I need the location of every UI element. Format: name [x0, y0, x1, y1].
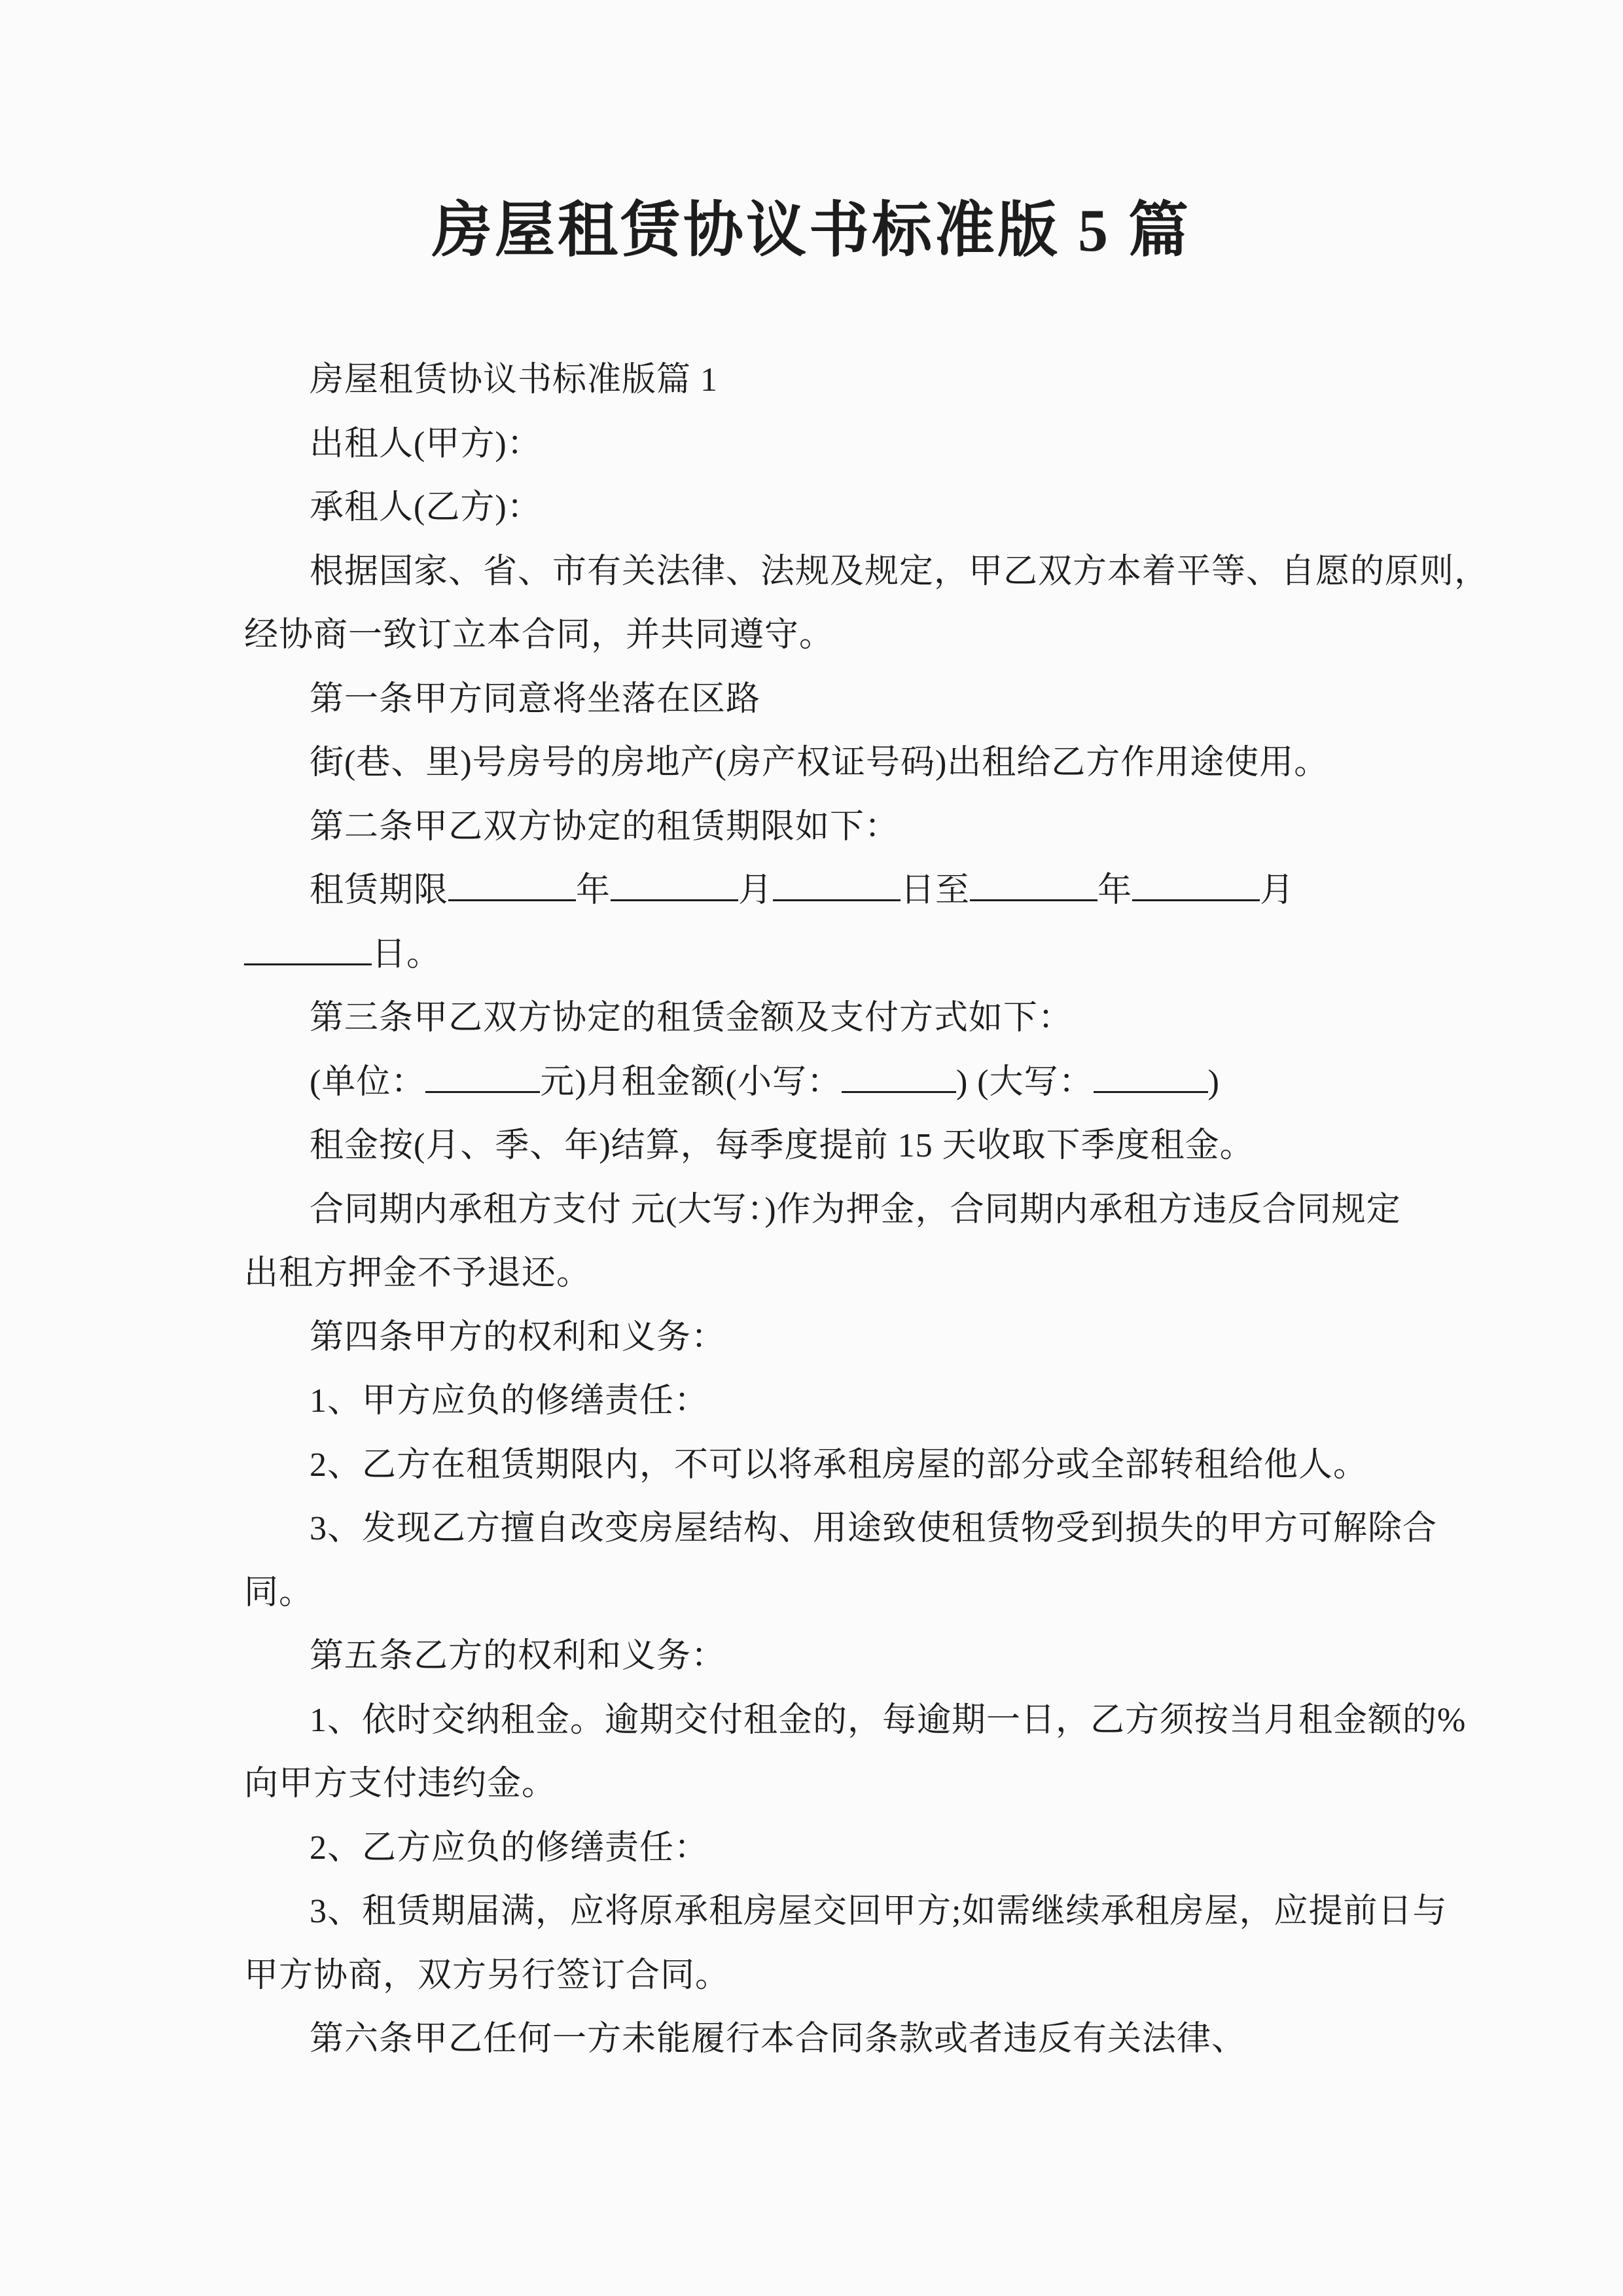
document-body: 房屋租赁协议书标准版篇 1出租人(甲方)：承租人(乙方)：根据国家、省、市有关法… — [0, 348, 1623, 2072]
doc-text: 租金按(月、季、年)结算，每季度提前 15 天收取下季度租金。 — [310, 1127, 1255, 1164]
doc-line: 租金按(月、季、年)结算，每季度提前 15 天收取下季度租金。 — [0, 1114, 1623, 1178]
doc-line: 同。 — [0, 1561, 1623, 1625]
blank-underline — [448, 864, 576, 901]
doc-text: 2、乙方在租赁期限内，不可以将承租房屋的部分或全部转租给他人。 — [310, 1446, 1368, 1484]
doc-text: 第三条甲乙双方协定的租赁金额及支付方式如下： — [310, 999, 1073, 1037]
doc-text: 租赁期限 — [310, 872, 448, 909]
doc-line: 房屋租赁协议书标准版篇 1 — [0, 348, 1623, 412]
doc-text: 日至 — [901, 872, 970, 909]
doc-text: 第五条乙方的权利和义务： — [310, 1638, 726, 1675]
doc-line: 3、发现乙方擅自改变房屋结构、用途致使租赁物受到损失的甲方可解除合 — [0, 1497, 1623, 1561]
doc-text: (单位： — [310, 1064, 425, 1101]
doc-line: 第三条甲乙双方协定的租赁金额及支付方式如下： — [0, 986, 1623, 1050]
doc-line: 第六条甲乙任何一方未能履行本合同条款或者违反有关法律、 — [0, 2007, 1623, 2072]
doc-text: 第四条甲方的权利和义务： — [310, 1319, 726, 1356]
doc-line: 第二条甲乙双方协定的租赁期限如下： — [0, 795, 1623, 859]
doc-text: 甲方协商，双方另行签订合同。 — [244, 1957, 730, 1994]
doc-line: 向甲方支付违约金。 — [0, 1752, 1623, 1816]
doc-text: ) — [1208, 1064, 1220, 1101]
blank-underline — [1132, 864, 1260, 901]
doc-text: 元)月租金额(小写： — [540, 1064, 842, 1101]
doc-text: 年 — [576, 872, 611, 909]
doc-text: 出租方押金不予退还。 — [244, 1255, 591, 1292]
doc-line: 街(巷、里)号房号的房地产(房产权证号码)出租给乙方作用途使用。 — [0, 731, 1623, 795]
doc-line: 甲方协商，双方另行签订合同。 — [0, 1944, 1623, 2008]
doc-line: 第一条甲方同意将坐落在区路 — [0, 668, 1623, 732]
doc-line: 日。 — [0, 923, 1623, 987]
doc-text: 街(巷、里)号房号的房地产(房产权证号码)出租给乙方作用途使用。 — [310, 744, 1329, 781]
doc-text: 年 — [1097, 872, 1132, 909]
doc-text: 月 — [738, 872, 773, 909]
doc-text: 向甲方支付违约金。 — [244, 1765, 556, 1803]
doc-text: 房屋租赁协议书标准版篇 1 — [310, 361, 718, 399]
doc-text: 经协商一致订立本合同，并共同遵守。 — [244, 617, 834, 654]
doc-text: ) (大写： — [956, 1064, 1094, 1101]
doc-line: 承租人(乙方)： — [0, 476, 1623, 540]
doc-line: 1、甲方应负的修缮责任： — [0, 1369, 1623, 1433]
doc-text: 3、发现乙方擅自改变房屋结构、用途致使租赁物受到损失的甲方可解除合 — [310, 1510, 1437, 1547]
doc-text: 第二条甲乙双方协定的租赁期限如下： — [310, 808, 899, 846]
blank-underline — [611, 864, 738, 901]
doc-line: 合同期内承租方支付 元(大写：)作为押金，合同期内承租方违反合同规定 — [0, 1178, 1623, 1242]
blank-underline — [842, 1056, 956, 1093]
doc-text: 2、乙方应负的修缮责任： — [310, 1829, 709, 1867]
doc-line: 2、乙方在租赁期限内，不可以将承租房屋的部分或全部转租给他人。 — [0, 1433, 1623, 1498]
blank-underline — [425, 1056, 540, 1093]
doc-line: 第四条甲方的权利和义务： — [0, 1306, 1623, 1370]
doc-text: 月 — [1260, 872, 1294, 909]
doc-line: 2、乙方应负的修缮责任： — [0, 1816, 1623, 1880]
doc-text: 第六条甲乙任何一方未能履行本合同条款或者违反有关法律、 — [310, 2020, 1246, 2058]
doc-line: 根据国家、省、市有关法律、法规及规定，甲乙双方本着平等、自愿的原则， — [0, 540, 1623, 604]
doc-line: 经协商一致订立本合同，并共同遵守。 — [0, 603, 1623, 668]
doc-text: 3、租赁期届满，应将原承租房屋交回甲方;如需继续承租房屋，应提前日与 — [310, 1893, 1447, 1930]
doc-text: 承租人(乙方)： — [310, 489, 542, 526]
doc-text: 第一条甲方同意将坐落在区路 — [310, 681, 760, 718]
doc-text: 日。 — [372, 936, 441, 973]
doc-text: 根据国家、省、市有关法律、法规及规定，甲乙双方本着平等、自愿的原则， — [310, 553, 1489, 590]
doc-text: 同。 — [244, 1574, 313, 1611]
doc-text: 合同期内承租方支付 元(大写：)作为押金，合同期内承租方违反合同规定 — [310, 1191, 1401, 1229]
doc-text: 1、依时交纳租金。逾期交付租金的，每逾期一日，乙方须按当月租金额的% — [310, 1702, 1466, 1739]
doc-line: 3、租赁期届满，应将原承租房屋交回甲方;如需继续承租房屋，应提前日与 — [0, 1880, 1623, 1944]
doc-text: 1、甲方应负的修缮责任： — [310, 1382, 709, 1420]
blank-underline — [773, 864, 901, 901]
doc-line: 第五条乙方的权利和义务： — [0, 1624, 1623, 1689]
document-title: 房屋租赁协议书标准版 5 篇 — [0, 187, 1623, 275]
doc-line: (单位：元)月租金额(小写：) (大写：) — [0, 1050, 1623, 1115]
doc-line: 出租人(甲方)： — [0, 412, 1623, 476]
document-page: 房屋租赁协议书标准版 5 篇 房屋租赁协议书标准版篇 1出租人(甲方)：承租人(… — [0, 0, 1623, 2296]
doc-line: 租赁期限年月日至年月 — [0, 859, 1623, 923]
blank-underline — [970, 864, 1097, 901]
doc-line: 1、依时交纳租金。逾期交付租金的，每逾期一日，乙方须按当月租金额的% — [0, 1689, 1623, 1753]
blank-underline — [244, 928, 372, 965]
doc-line: 出租方押金不予退还。 — [0, 1242, 1623, 1306]
blank-underline — [1094, 1056, 1208, 1093]
doc-text: 出租人(甲方)： — [310, 425, 542, 463]
